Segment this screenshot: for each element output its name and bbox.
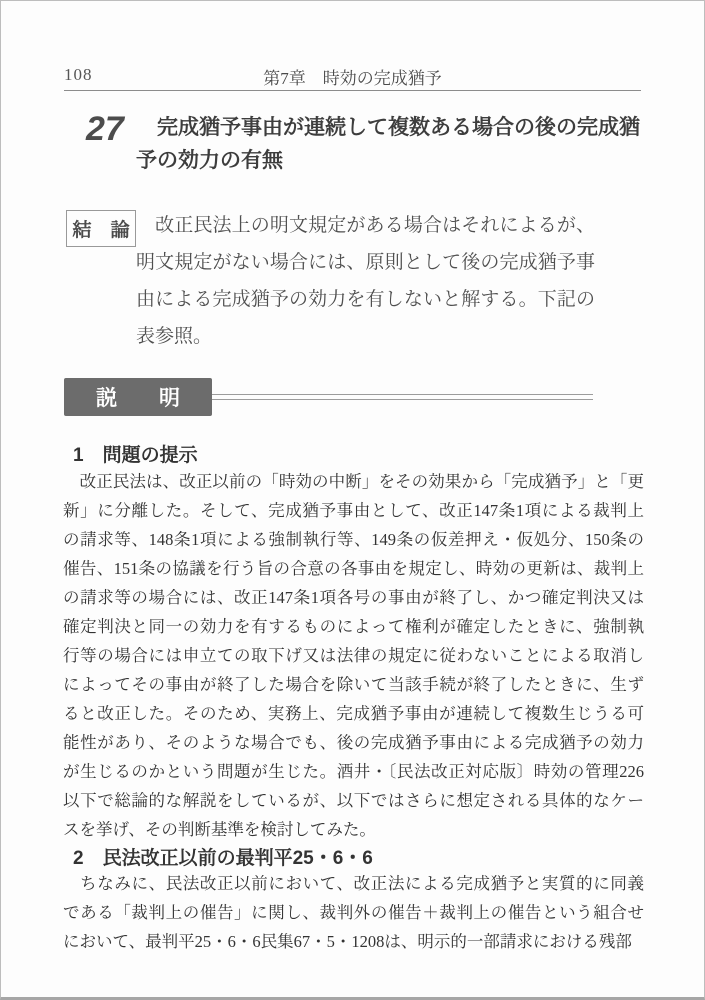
section-2-paragraph: ちなみに、民法改正以前において、改正法による完成猶予と実質的に同義である「裁判上…	[63, 869, 644, 956]
topic-number: 27	[86, 111, 124, 147]
topic-block: 27 完成猶予事由が連続して複数ある場合の後の完成猶予の効力の有無	[86, 111, 644, 177]
text-line: である「裁判上の催告」に関し、裁判外の催告＋裁判上の催告という組合せ	[63, 898, 644, 927]
section-2-heading: 2 民法改正以前の最判平25・6・6	[73, 843, 373, 870]
page-header: 108 第7章 時効の完成猶予	[64, 59, 641, 91]
section-1-heading: 1 問題の提示	[73, 440, 198, 467]
explanation-banner: 説 明	[64, 378, 641, 416]
text-line: スを挙げ、その判断基準を検討してみた。	[63, 815, 644, 844]
text-line: 新」に分離した。そして、完成猶予事由として、改正147条1項による裁判上	[63, 496, 644, 525]
text-line: において、最判平25・6・6民集67・5・1208は、明示的一部請求における残部	[63, 927, 644, 956]
text-line: ると改正した。そのため、実務上、完成猶予事由が連続して複数生じうる可	[63, 699, 644, 728]
text-line: 予の効力の有無	[136, 144, 644, 177]
text-line: が生じるのかという問題が生じた。酒井・〔民法改正対応版〕時効の管理226	[63, 757, 644, 786]
conclusion-block: 結 論 改正民法上の明文規定がある場合はそれによるが、明文規定がない場合には、原…	[66, 207, 654, 355]
section-1-paragraph: 改正民法は、改正以前の「時効の中断」をその効果から「完成猶予」と「更新」に分離し…	[63, 467, 644, 844]
book-page: 108 第7章 時効の完成猶予 27 完成猶予事由が連続して複数ある場合の後の完…	[0, 0, 705, 1000]
text-line: 改正民法は、改正以前の「時効の中断」をその効果から「完成猶予」と「更	[63, 467, 644, 496]
text-line: 催告、151条の協議を行う旨の合意の各事由を規定し、時効の更新は、裁判上	[63, 554, 644, 583]
text-line: 行等の場合には申立ての取下げ又は法律の規定に従わないことによる取消し	[63, 641, 644, 670]
text-line: の請求等、148条1項による強制執行等、149条の仮差押え・仮処分、150条の	[63, 525, 644, 554]
text-line: 表参照。	[136, 318, 595, 355]
text-line: 完成猶予事由が連続して複数ある場合の後の完成猶	[136, 111, 644, 144]
explanation-double-rule	[212, 394, 593, 400]
text-line: 明文規定がない場合には、原則として後の完成猶予事	[136, 244, 595, 281]
explanation-label: 説 明	[64, 378, 212, 416]
text-line: ちなみに、民法改正以前において、改正法による完成猶予と実質的に同義	[63, 869, 644, 898]
text-line: によってその事由が終了した場合を除いて当該手続が終了したときに、生ず	[63, 670, 644, 699]
text-line: 以下で総論的な解説をしているが、以下ではさらに想定される具体的なケー	[63, 786, 644, 815]
conclusion-text: 改正民法上の明文規定がある場合はそれによるが、明文規定がない場合には、原則として…	[136, 207, 595, 355]
text-line: 能性があり、そのような場合でも、後の完成猶予事由による完成猶予の効力	[63, 728, 644, 757]
text-line: 確定判決と同一の効力を有するものによって権利が確定したときに、強制執	[63, 612, 644, 641]
text-line: 改正民法上の明文規定がある場合はそれによるが、	[136, 207, 595, 244]
text-line: 由による完成猶予の効力を有しないと解する。下記の	[136, 281, 595, 318]
topic-title: 完成猶予事由が連続して複数ある場合の後の完成猶予の効力の有無	[136, 111, 644, 177]
chapter-header: 第7章 時効の完成猶予	[64, 64, 641, 89]
text-line: の請求等の場合には、改正147条1項各号の事由が終了し、かつ確定判決又は	[63, 583, 644, 612]
conclusion-label: 結 論	[66, 210, 136, 247]
